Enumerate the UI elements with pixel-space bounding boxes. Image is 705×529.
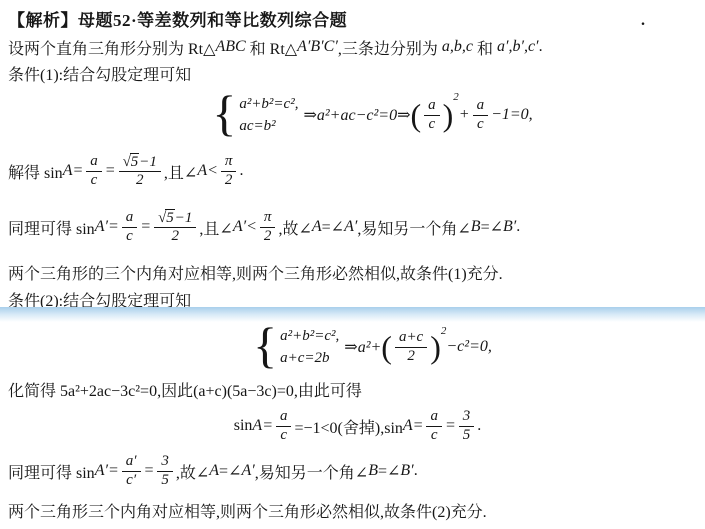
cases-system: { a²+b²=c², a+c=2b	[253, 322, 339, 372]
fraction-a-over-c: a c	[86, 153, 102, 189]
right-paren: )	[443, 99, 454, 131]
angle-A-prime: A′	[95, 462, 108, 480]
fraction-denominator: c	[475, 116, 486, 133]
derivation-segment: ⇒a²+	[344, 337, 381, 357]
angle-B: B	[471, 218, 481, 236]
fraction-denominator: 5	[159, 472, 171, 489]
angle-B-prime: B′	[503, 218, 516, 236]
fraction-numerator: 3	[157, 453, 173, 471]
equals-sign: =	[72, 162, 83, 180]
text-segment: 和	[473, 36, 497, 59]
period: .	[516, 218, 520, 236]
stray-dot: .	[641, 12, 645, 30]
equals-sign: =	[262, 417, 273, 435]
fraction-a-over-c: a c	[122, 209, 138, 245]
fraction-a-over-c: a c	[473, 97, 489, 133]
angle-B: B	[368, 462, 378, 480]
fraction-denominator: c	[278, 427, 289, 444]
text-segment: sin	[234, 417, 253, 435]
period: .	[414, 462, 418, 480]
text-segment: .	[539, 38, 543, 56]
text-segment: ,故∠	[176, 460, 209, 483]
equals-sign: =	[140, 218, 151, 236]
left-brace: {	[212, 88, 236, 138]
equals-sign: =	[108, 218, 119, 236]
angle-B-prime: B′	[400, 462, 413, 480]
fraction-denominator: 2	[134, 172, 146, 189]
right-paren: )	[430, 331, 441, 363]
text-segment: =−1<0(舍掉),sin	[294, 415, 402, 438]
fraction-numerator: a′	[122, 453, 141, 471]
similar-line-1: 同理可得 sin A′ = a c = √ 5 −1 2 ,且∠ A′ < π …	[8, 202, 520, 252]
text-segment: 和 Rt△	[246, 36, 297, 59]
plus-sign: +	[459, 106, 470, 124]
document-page: 【解析】母题52·等差数列和等比数列综合题 . 设两个直角三角形分别为 Rt△ …	[0, 0, 705, 529]
equals-angle: =∠	[378, 461, 400, 481]
numerator-tail: −1	[139, 154, 157, 171]
left-paren: (	[410, 99, 421, 131]
angle-A-prime: A′	[344, 218, 357, 236]
math-triangle-abc: ABC	[215, 38, 245, 56]
equals-sign: =	[413, 417, 424, 435]
cases-bottom-equation: a+c=2b	[280, 350, 329, 367]
text-segment: 同理可得 sin	[8, 216, 95, 239]
conclusion2-text: 两个三角形三个内角对应相等,则两个三角形必然相似,故条件(2)充分.	[8, 499, 487, 522]
cases-column: a²+b²=c², ac=b²	[239, 96, 298, 135]
cases-top-equation: a²+b²=c²,	[280, 328, 339, 345]
fraction-denominator: 2	[405, 348, 417, 365]
fraction-numerator: π	[260, 209, 276, 227]
text-segment: 同理可得 sin	[8, 460, 95, 483]
fraction-3-over-5: 3 5	[459, 408, 475, 444]
fraction-numerator: √ 5 −1	[119, 153, 161, 172]
conclusion1-text: 两个三角形的三个内角对应相等,则两个三角形必然相似,故条件(1)充分.	[8, 261, 503, 284]
equals-angle: =∠	[481, 217, 503, 237]
text-segment: ,且∠	[199, 216, 232, 239]
radicand: 5	[165, 209, 175, 227]
formula2: { a²+b²=c², a+c=2b ⇒a²+ ( a+c 2 ) 2 −c²=…	[0, 318, 705, 376]
text-segment: 解得 sin	[8, 160, 63, 183]
angle-A-prime: A′	[233, 218, 246, 236]
left-paren: (	[381, 331, 392, 363]
fraction-a-over-c: a c	[426, 408, 442, 444]
fraction-pi-over-2: π 2	[221, 153, 237, 189]
fraction-sqrt5-minus1-over-2: √ 5 −1 2	[154, 209, 196, 246]
numerator-tail: −1	[175, 210, 193, 227]
period: .	[239, 162, 243, 180]
text-segment: ,故∠	[278, 216, 311, 239]
equals-sign: =	[108, 462, 119, 480]
radicand: 5	[130, 153, 140, 171]
solution-title-text: 【解析】母题52·等差数列和等比数列综合题	[8, 6, 347, 31]
math-sides: a,b,c	[442, 38, 473, 56]
exponent-2: 2	[441, 325, 447, 337]
derivation-tail: −c²=0,	[446, 338, 492, 356]
condition1-text: 条件(1):结合勾股定理可知	[8, 62, 191, 85]
math-sides-prime: a′,b′,c′	[497, 38, 539, 56]
angle-A-prime: A′	[241, 462, 254, 480]
equals-sign: =	[105, 162, 116, 180]
fraction-numerator: a	[426, 408, 442, 426]
fraction-denominator: 5	[461, 427, 473, 444]
equals-angle: =∠	[219, 461, 241, 481]
solve-line-1: 解得 sin A = a c = √ 5 −1 2 ,且∠ A < π 2 .	[8, 146, 243, 196]
fraction-pi-over-2: π 2	[260, 209, 276, 245]
formula1: { a²+b²=c², ac=b² ⇒a²+ac−c²=0⇒ ( a c ) 2…	[0, 84, 705, 146]
less-than-sign: <	[246, 218, 257, 236]
simplify-text: 化简得 5a²+2ac−3c²=0,因此(a+c)(5a−3c)=0,由此可得	[8, 378, 362, 401]
fraction-denominator: c′	[124, 472, 138, 489]
angle-A: A	[312, 218, 322, 236]
cases-top-equation: a²+b²=c²,	[239, 96, 298, 113]
fraction-numerator: a	[122, 209, 138, 227]
angle-A: A	[63, 162, 73, 180]
text-segment: ,三条边分别为	[338, 36, 442, 59]
fraction-denominator: c	[89, 172, 100, 189]
fraction-numerator: a	[424, 97, 440, 115]
derivation-segment: ⇒a²+ac−c²=0⇒	[303, 105, 410, 125]
conclusion2-line: 两个三角形三个内角对应相等,则两个三角形必然相似,故条件(2)充分.	[8, 499, 487, 521]
cases-column: a²+b²=c², a+c=2b	[280, 328, 339, 367]
equals-angle: =∠	[322, 217, 344, 237]
fraction-numerator: a	[276, 408, 292, 426]
fraction-denominator: 2	[169, 228, 181, 245]
fraction-numerator: a+c	[395, 329, 427, 347]
fraction-numerator: a	[473, 97, 489, 115]
angle-A-prime: A′	[95, 218, 108, 236]
angle-A: A	[209, 462, 219, 480]
angle-A: A	[252, 417, 262, 435]
fraction-sqrt5-minus1-over-2: √ 5 −1 2	[119, 153, 161, 190]
fraction-numerator: √ 5 −1	[154, 209, 196, 228]
fraction-numerator: 3	[459, 408, 475, 426]
solution-title: 【解析】母题52·等差数列和等比数列综合题	[8, 6, 347, 31]
cases-bottom-equation: ac=b²	[239, 118, 275, 135]
less-than-sign: <	[207, 162, 218, 180]
simplify-line: 化简得 5a²+2ac−3c²=0,因此(a+c)(5a−3c)=0,由此可得	[8, 377, 362, 401]
fraction-denominator: c	[429, 427, 440, 444]
fraction-denominator: 2	[223, 172, 235, 189]
angle-A: A	[197, 162, 207, 180]
fraction-denominator: c	[427, 116, 438, 133]
fraction-denominator: 2	[262, 228, 274, 245]
fraction-denominator: c	[124, 228, 135, 245]
fraction-a-over-c: a c	[424, 97, 440, 133]
fraction-a-plus-c-over-2: a+c 2	[395, 329, 427, 365]
fraction-numerator: a	[86, 153, 102, 171]
conclusion1-line: 两个三角形的三个内角对应相等,则两个三角形必然相似,故条件(1)充分.	[8, 261, 503, 283]
exponent-2: 2	[453, 91, 459, 103]
period: .	[477, 417, 481, 435]
equals-sign: =	[445, 417, 456, 435]
text-segment: ,易知另一个角∠	[255, 460, 368, 483]
formula3: sin A = a c =−1<0(舍掉),sin A = a c = 3 5 …	[0, 402, 705, 450]
text-segment: ,易知另一个角∠	[357, 216, 470, 239]
condition1-label: 条件(1):结合勾股定理可知	[8, 62, 191, 84]
fraction-numerator: π	[221, 153, 237, 171]
cases-system: { a²+b²=c², ac=b²	[212, 90, 298, 140]
setup-line: 设两个直角三角形分别为 Rt△ ABC 和 Rt△ A′B′C′ ,三条边分别为…	[8, 34, 543, 60]
fraction-a-over-c: a c	[276, 408, 292, 444]
fraction-3-over-5: 3 5	[157, 453, 173, 489]
fraction-a-prime-over-c-prime: a′ c′	[122, 453, 141, 489]
text-segment: ,且∠	[164, 160, 197, 183]
equals-sign: =	[144, 462, 155, 480]
similar-line-2: 同理可得 sin A′ = a′ c′ = 3 5 ,故∠ A =∠ A′ ,易…	[8, 448, 418, 494]
text-segment: 设两个直角三角形分别为 Rt△	[8, 36, 215, 59]
left-brace: {	[253, 320, 277, 370]
math-triangle-abc-prime: A′B′C′	[297, 38, 338, 56]
angle-A: A	[403, 417, 413, 435]
derivation-tail: −1=0,	[491, 106, 533, 124]
